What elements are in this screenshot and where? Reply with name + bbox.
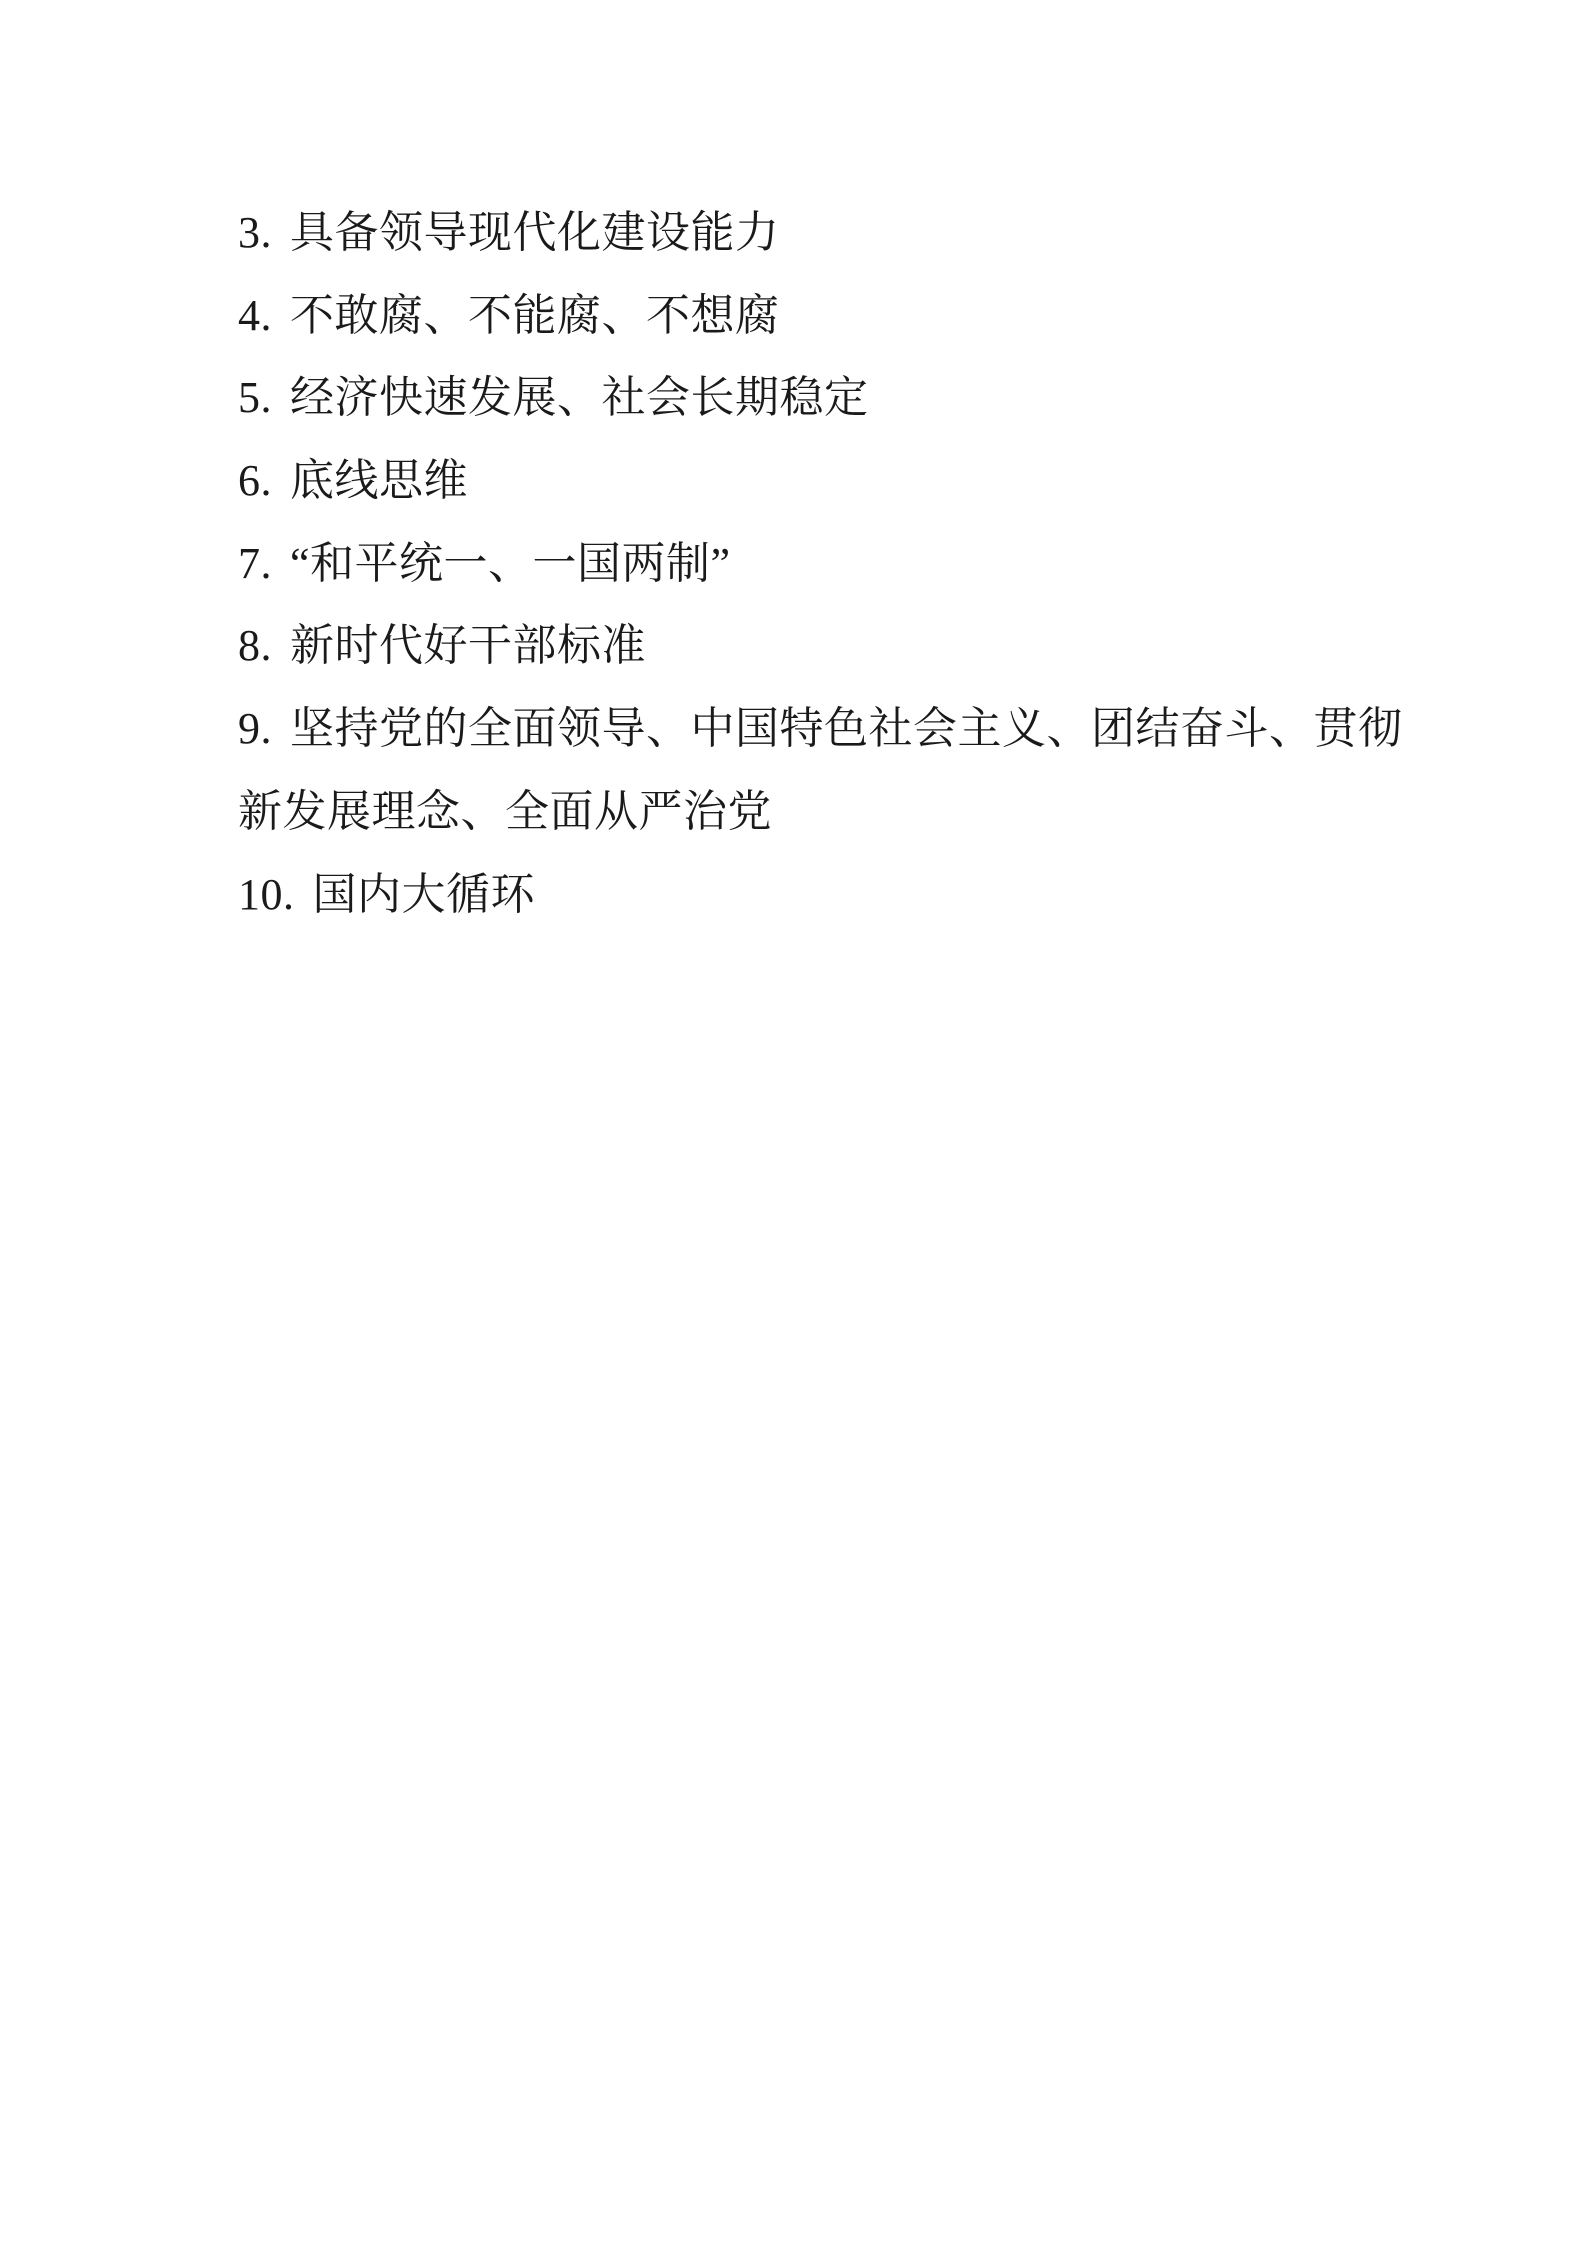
list-number: 7.	[238, 539, 272, 588]
document-page: 3.具备领导现代化建设能力 4.不敢腐、不能腐、不想腐 5.经济快速发展、社会长…	[0, 0, 1587, 2245]
list-line: 8.新时代好干部标准	[238, 605, 1349, 688]
list-number: 10.	[238, 870, 295, 919]
list-number: 3.	[238, 208, 272, 257]
list-text: 坚持党的全面领导、中国特色社会主义、团结奋斗、贯彻	[290, 704, 1403, 753]
list-number: 8.	[238, 621, 272, 670]
list-line-continuation: 新发展理念、全面从严治党	[238, 771, 1349, 854]
numbered-list: 3.具备领导现代化建设能力 4.不敢腐、不能腐、不想腐 5.经济快速发展、社会长…	[238, 192, 1349, 936]
list-text: 底线思维	[290, 456, 468, 505]
list-number: 6.	[238, 456, 272, 505]
list-text: 国内大循环	[313, 870, 536, 919]
list-line: 6.底线思维	[238, 440, 1349, 523]
list-number: 5.	[238, 373, 272, 422]
list-number: 9.	[238, 704, 272, 753]
list-text: 具备领导现代化建设能力	[290, 208, 780, 257]
list-line: 7.“和平统一、一国两制”	[238, 523, 1349, 606]
list-text: 不敢腐、不能腐、不想腐	[290, 291, 780, 340]
list-line: 5.经济快速发展、社会长期稳定	[238, 357, 1349, 440]
list-text: “和平统一、一国两制”	[290, 539, 731, 588]
list-line: 9.坚持党的全面领导、中国特色社会主义、团结奋斗、贯彻	[238, 688, 1349, 771]
list-line: 4.不敢腐、不能腐、不想腐	[238, 275, 1349, 358]
list-number: 4.	[238, 291, 272, 340]
list-line: 10.国内大循环	[238, 854, 1349, 937]
list-text: 新发展理念、全面从严治党	[238, 787, 772, 836]
list-line: 3.具备领导现代化建设能力	[238, 192, 1349, 275]
list-text: 新时代好干部标准	[290, 621, 646, 670]
list-text: 经济快速发展、社会长期稳定	[290, 373, 869, 422]
